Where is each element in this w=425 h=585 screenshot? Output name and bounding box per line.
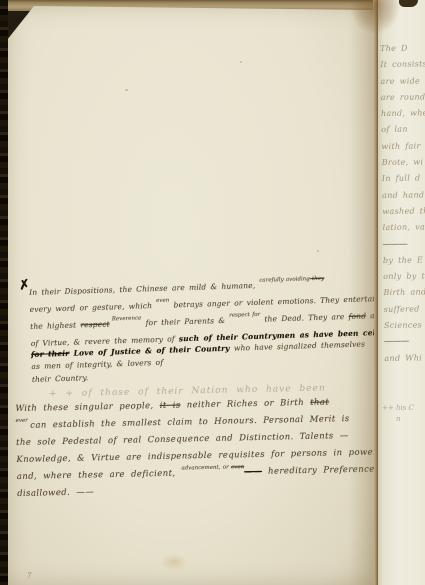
stain-bottom [160,554,188,570]
text-segment: Reverence [110,315,142,322]
text-segment: even [156,298,169,304]
text-segment: the highest [30,320,80,331]
text-segment: respect for [229,312,260,319]
text-segment: carefully avoiding [259,276,310,284]
text-segment: their Country. [32,373,89,384]
text-segment: With these singular people, [15,401,160,414]
adjacent-page-line: suffered [384,304,425,321]
adjacent-page-line: The D [380,43,425,60]
text-segment: that [310,397,329,407]
adjacent-page-line: Birth and [383,288,425,305]
adjacent-page-line: It consists [380,60,425,77]
adjacent-page-line: ——— [383,239,425,256]
paragraph-merit: + + of those of their Nation who have be… [15,382,377,506]
text-segment: it is [160,401,181,411]
text-segment: disallowed. —— [17,487,94,499]
paragraph-dispositions: In their Dispositions, the Chinese are m… [29,277,377,392]
adjacent-page-line: and Whi [384,353,425,370]
text-segment: advancement, or [181,464,231,471]
adjacent-page-line: washed th [382,206,425,223]
text-segment: even [231,464,244,470]
adjacent-page-line: hand, whe [381,108,425,125]
foxing-speck [125,89,128,91]
text-segment: they [310,276,325,282]
adjacent-page-pencil-note: ++ his Cn [382,404,414,426]
adjacent-page-line: and hand [382,190,425,207]
text-segment: fond [348,311,366,321]
adjacent-page-line: Sciences [384,320,425,337]
text-segment: —— [244,467,262,477]
adjacent-page-text: The DIt consistsare wide anare roundhand… [380,43,425,370]
text-segment: In their Dispositions, the Chinese are m… [29,281,260,297]
corner-mark: 7 [27,572,31,580]
adjacent-page-line: Brote, wi [382,157,425,174]
pencil-note-line: n [382,415,414,426]
foxing-speck [317,250,319,252]
adjacent-page-line: by the E [383,255,425,272]
stain-top-right [350,0,400,34]
adjacent-page-line: only by th [383,271,425,288]
text-segment: and, where these are deficient, [17,469,182,482]
adjacent-page-line: lation, var [383,222,425,239]
pencil-note-line: ++ his C [382,404,414,415]
manuscript-photo: The DIt consistsare wide anare roundhand… [0,0,425,585]
manuscript-page: ✗ In their Dispositions, the Chinese are… [7,6,374,585]
book-binding [0,0,8,585]
adjacent-page-line: with fair [381,141,425,158]
adjacent-page-line: ——— [384,337,425,354]
foxing-speck [240,61,242,63]
text-segment: respect [80,319,110,329]
adjacent-page-line: In full d [382,174,425,191]
adjacent-page: The DIt consistsare wide anare roundhand… [377,0,425,585]
adjacent-page-line: are round [381,92,425,109]
text-segment: for their Parents & [141,316,229,328]
adjacent-page-line: of lan [381,125,425,142]
text-segment: neither Riches or Birth [181,398,311,411]
text-segment: ever [16,418,31,424]
text-segment: for their [31,349,69,359]
adjacent-page-line: are wide an [380,76,425,93]
text-segment: the Dead. They are [260,312,349,324]
